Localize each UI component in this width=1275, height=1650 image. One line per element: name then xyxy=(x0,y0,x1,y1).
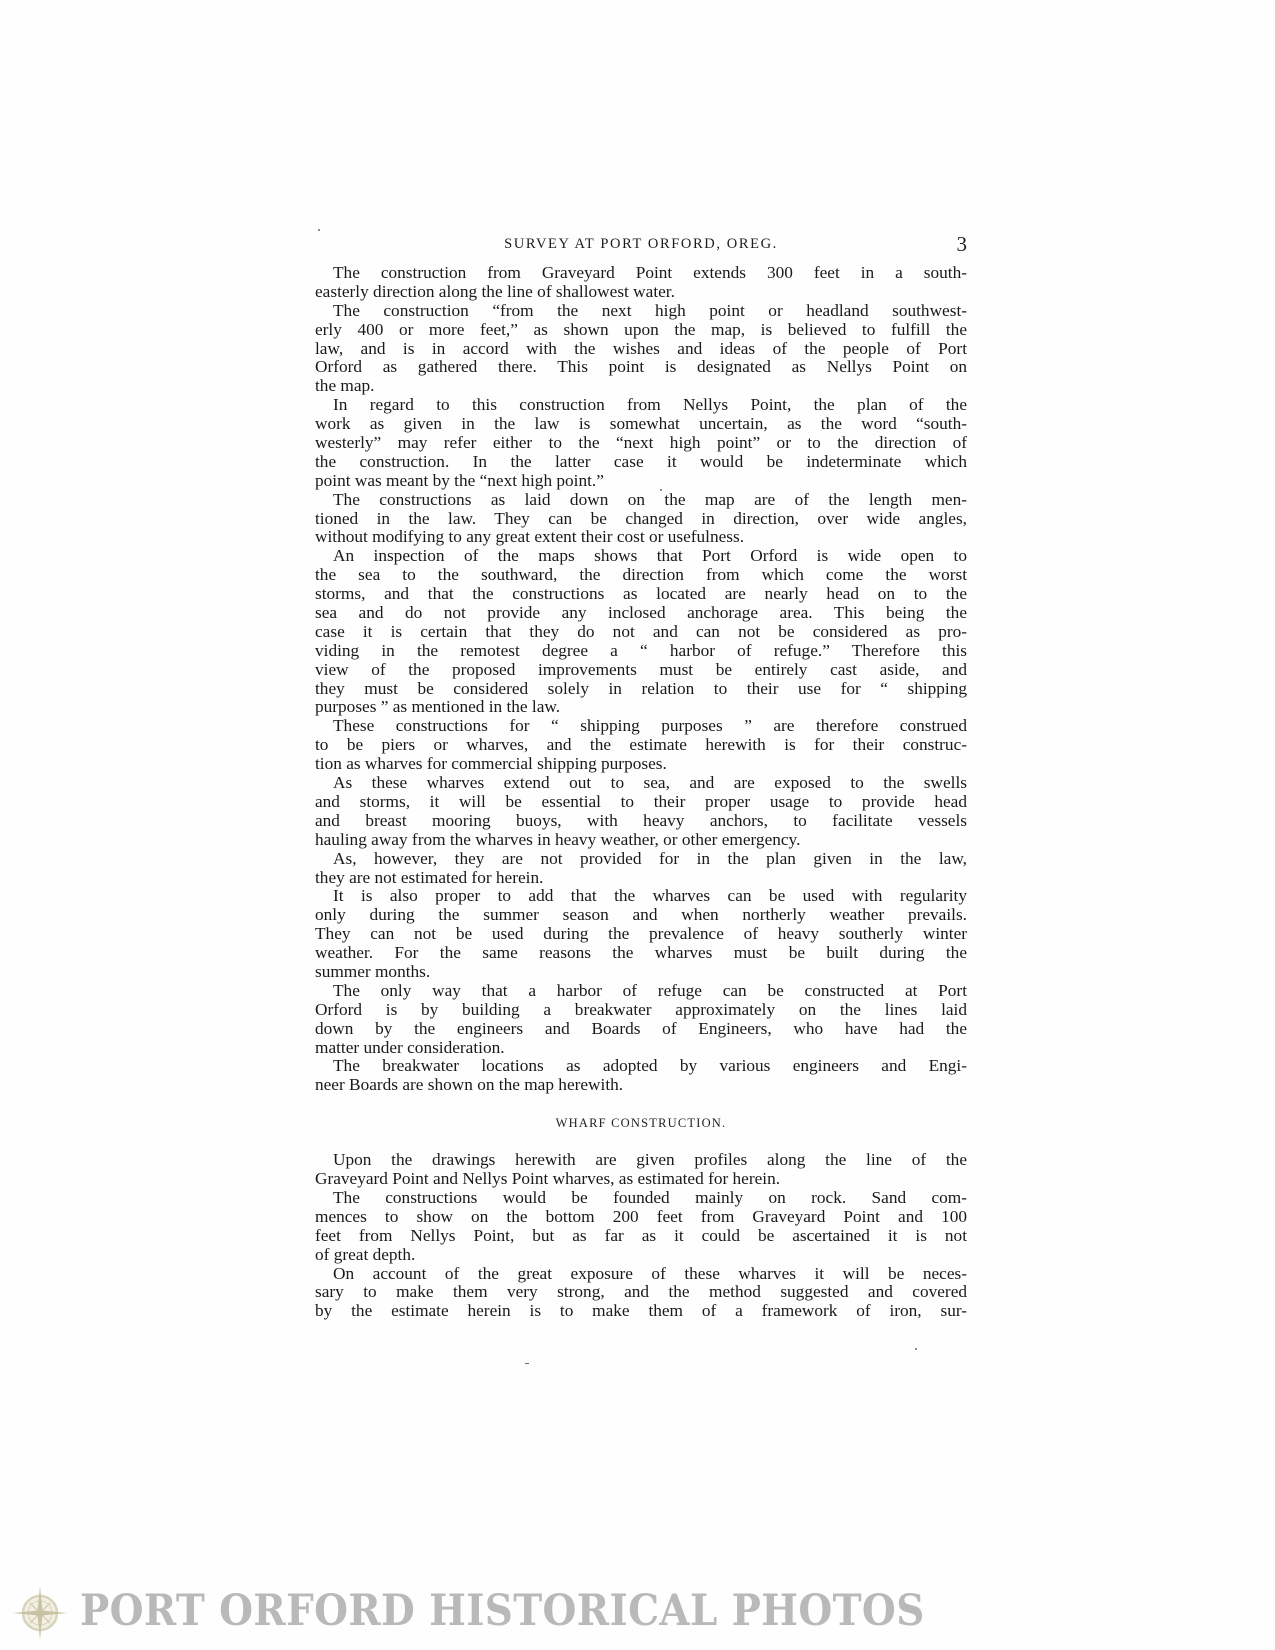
watermark-text: PORT ORFORD HISTORICAL PHOTOS xyxy=(80,1586,925,1636)
text-line: mences to show on the bottom 200 feet fr… xyxy=(315,1208,967,1227)
text-line: It is also proper to add that the wharve… xyxy=(315,887,967,906)
text-line: As these wharves extend out to sea, and … xyxy=(315,774,967,793)
text-line: without modifying to any great extent th… xyxy=(315,528,967,547)
text-line: they must be considered solely in relati… xyxy=(315,680,967,699)
text-line: They can not be used during the prevalen… xyxy=(315,925,967,944)
paragraph: As, however, they are not provided for i… xyxy=(315,850,967,888)
text-line: by the estimate herein is to make them o… xyxy=(315,1302,967,1321)
paragraph: It is also proper to add that the wharve… xyxy=(315,887,967,981)
running-head: SURVEY AT PORT ORFORD, OREG. 3 xyxy=(315,236,967,258)
body-text: The construction from Graveyard Point ex… xyxy=(315,264,967,1321)
text-line: erly 400 or more feet,” as shown upon th… xyxy=(315,321,967,340)
paragraph: The only way that a harbor of refuge can… xyxy=(315,982,967,1058)
text-line: neer Boards are shown on the map herewit… xyxy=(315,1076,967,1095)
paragraph: The construction from Graveyard Point ex… xyxy=(315,264,967,302)
text-line: the map. xyxy=(315,377,967,396)
text-line: they are not estimated for herein. xyxy=(315,869,967,888)
text-line: viding in the remotest degree a “ harbor… xyxy=(315,642,967,661)
text-line: The constructions would be founded mainl… xyxy=(315,1189,967,1208)
text-line: tion as wharves for commercial shipping … xyxy=(315,755,967,774)
text-line: view of the proposed improvements must b… xyxy=(315,661,967,680)
text-line: matter under consideration. xyxy=(315,1039,967,1058)
text-line: of great depth. xyxy=(315,1246,967,1265)
text-line: and storms, it will be essential to thei… xyxy=(315,793,967,812)
text-line: law, and is in accord with the wishes an… xyxy=(315,340,967,359)
text-line: In regard to this construction from Nell… xyxy=(315,396,967,415)
watermark: PORT ORFORD HISTORICAL PHOTOS xyxy=(0,1580,1000,1644)
section-heading: WHARF CONSTRUCTION. xyxy=(315,1095,967,1151)
text-line: point was meant by the “next high point.… xyxy=(315,472,967,491)
text-line: These constructions for “ shipping purpo… xyxy=(315,717,967,736)
text-line: down by the engineers and Boards of Engi… xyxy=(315,1020,967,1039)
text-line: The construction “from the next high poi… xyxy=(315,302,967,321)
text-line: An inspection of the maps shows that Por… xyxy=(315,547,967,566)
text-line: weather. For the same reasons the wharve… xyxy=(315,944,967,963)
text-line: Graveyard Point and Nellys Point wharves… xyxy=(315,1170,967,1189)
text-line: The only way that a harbor of refuge can… xyxy=(315,982,967,1001)
scan-speck xyxy=(525,1363,529,1364)
text-line: to be piers or wharves, and the estimate… xyxy=(315,736,967,755)
text-line: tioned in the law. They can be changed i… xyxy=(315,510,967,529)
text-line: Orford is by building a breakwater appro… xyxy=(315,1001,967,1020)
text-line: case it is certain that they do not and … xyxy=(315,623,967,642)
paragraph: The breakwater locations as adopted by v… xyxy=(315,1057,967,1095)
paragraph: These constructions for “ shipping purpo… xyxy=(315,717,967,774)
text-line: summer months. xyxy=(315,963,967,982)
paragraph: The constructions would be founded mainl… xyxy=(315,1189,967,1265)
paragraph: The constructions as laid down on the ma… xyxy=(315,491,967,548)
text-line: the sea to the southward, the direction … xyxy=(315,566,967,585)
text-line: storms, and that the constructions as lo… xyxy=(315,585,967,604)
text-line: Orford as gathered there. This point is … xyxy=(315,358,967,377)
paragraph: Upon the drawings herewith are given pro… xyxy=(315,1151,967,1189)
paragraph: The construction “from the next high poi… xyxy=(315,302,967,396)
text-line: hauling away from the wharves in heavy w… xyxy=(315,831,967,850)
paragraph: An inspection of the maps shows that Por… xyxy=(315,547,967,717)
document-page: SURVEY AT PORT ORFORD, OREG. 3 The const… xyxy=(0,0,1275,1650)
scan-speck xyxy=(318,229,320,231)
paragraph: On account of the great exposure of thes… xyxy=(315,1265,967,1322)
text-line: As, however, they are not provided for i… xyxy=(315,850,967,869)
paragraph: As these wharves extend out to sea, and … xyxy=(315,774,967,850)
running-head-title: SURVEY AT PORT ORFORD, OREG. xyxy=(315,236,967,253)
text-line: On account of the great exposure of thes… xyxy=(315,1265,967,1284)
text-line: sary to make them very strong, and the m… xyxy=(315,1283,967,1302)
text-line: easterly direction along the line of sha… xyxy=(315,283,967,302)
text-line: The constructions as laid down on the ma… xyxy=(315,491,967,510)
compass-rose-icon xyxy=(12,1584,68,1640)
text-line: westerly” may refer either to the “next … xyxy=(315,434,967,453)
text-line: and breast mooring buoys, with heavy anc… xyxy=(315,812,967,831)
text-line: sea and do not provide any inclosed anch… xyxy=(315,604,967,623)
text-line: feet from Nellys Point, but as far as it… xyxy=(315,1227,967,1246)
text-line: The construction from Graveyard Point ex… xyxy=(315,264,967,283)
text-line: Upon the drawings herewith are given pro… xyxy=(315,1151,967,1170)
scan-speck xyxy=(660,489,662,491)
text-line: The breakwater locations as adopted by v… xyxy=(315,1057,967,1076)
scan-speck xyxy=(915,1348,917,1350)
text-line: the construction. In the latter case it … xyxy=(315,453,967,472)
text-line: work as given in the law is somewhat unc… xyxy=(315,415,967,434)
paragraph: In regard to this construction from Nell… xyxy=(315,396,967,490)
text-line: purposes ” as mentioned in the law. xyxy=(315,698,967,717)
page-number: 3 xyxy=(957,232,968,257)
text-line: only during the summer season and when n… xyxy=(315,906,967,925)
